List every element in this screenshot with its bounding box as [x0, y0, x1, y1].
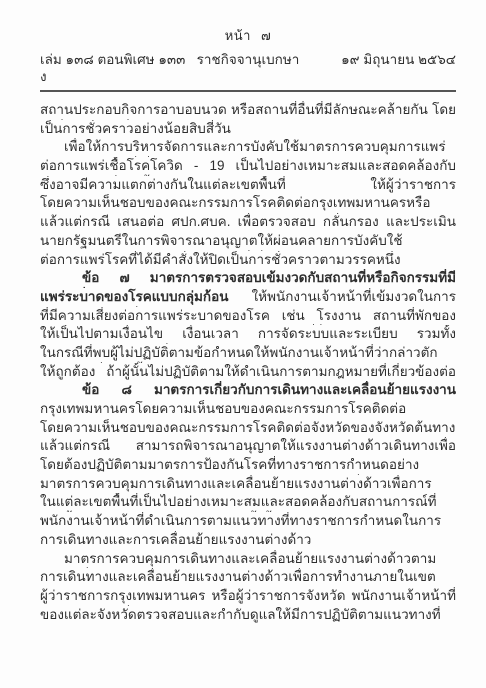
- document-line: ผู้ว่าราชการกรุงเทพมหานคร หรือผู้ว่าราชก…: [40, 587, 456, 606]
- page-number: ๗: [261, 28, 271, 43]
- line-text: ในกรณีที่พบผู้ไม่ปฏิบัติตามข้อกำหนดให้พน…: [40, 345, 438, 363]
- document-line: ต่อการแพร่เชื้อโรคโควิด - 19 เป็นไปอย่าง…: [40, 157, 456, 176]
- document-line: กรุงเทพมหานครโดยความเห็นชอบของคณะกรรมการ…: [40, 400, 456, 419]
- document-line: โดยความเห็นชอบของคณะกรรมการโรคติดต่อจังห…: [40, 419, 456, 438]
- line-bold-text: ข้อ ๘ มาตรการเกี่ยวกับการเดินทางและเคลื่…: [40, 382, 456, 400]
- line-bold-text: ข้อ ๗ มาตรการตรวจสอบเข้มงวดกับสถานที่หรื…: [40, 270, 456, 288]
- document-line: ที่มีความเสี่ยงต่อการแพร่ระบาดของโรค เช่…: [40, 307, 456, 326]
- line-text: ต่อการแพร่เชื้อโรคโควิด - 19 เป็นไปอย่าง…: [40, 158, 456, 176]
- line-text: แล้วแต่กรณี สามารถพิจารณาอนุญาตให้แรงงาน…: [40, 438, 456, 456]
- line-text: แล้วแต่กรณี เสนอต่อ ศปก.ศบค. เพื่อตรวจสอ…: [40, 214, 456, 232]
- line-text: มาตรการควบคุมการเดินทางและเคลื่อนย้ายแรง…: [40, 551, 456, 569]
- document-line: การเดินทางและเคลื่อนย้ายแรงงานต่างด้าวเพ…: [40, 568, 456, 587]
- document-line: ในกรณีที่พบผู้ไม่ปฏิบัติตามข้อกำหนดให้พน…: [40, 344, 456, 363]
- line-text: สถานประกอบกิจการอาบอบนวด หรือสถานที่อื่น…: [40, 102, 456, 120]
- document-line: แพร่ระบาดของโรคแบบกลุ่มก้อน ให้พนักงานเจ…: [40, 288, 456, 307]
- line-text: ที่มีความเสี่ยงต่อการแพร่ระบาดของโรค เช่…: [40, 308, 456, 326]
- page-number-line: หน้า๗: [40, 28, 456, 44]
- volume-info: เล่ม ๑๓๘ ตอนพิเศษ ๑๓๓ ง: [40, 51, 187, 85]
- line-text: การเดินทางและเคลื่อนย้ายแรงงานต่างด้าวเพ…: [40, 569, 456, 587]
- document-line: ข้อ ๗ มาตรการตรวจสอบเข้มงวดกับสถานที่หรื…: [40, 269, 456, 288]
- line-text: ของแต่ละจังหวัดตรวจสอบและกำกับดูแลให้มีก…: [40, 607, 441, 625]
- document-line: เพื่อให้การบริหารจัดการและการบังคับใช้มา…: [40, 138, 456, 157]
- line-text: เพื่อให้การบริหารจัดการและการบังคับใช้มา…: [40, 139, 446, 157]
- document-line: สถานประกอบกิจการอาบอบนวด หรือสถานที่อื่น…: [40, 101, 456, 120]
- document-line: เป็นการชั่วคราวอย่างน้อยสิบสี่วัน: [40, 120, 456, 139]
- line-text: พนักงานเจ้าหน้าที่ดำเนินการตามแนวทางที่ท…: [40, 513, 456, 531]
- document-line: พนักงานเจ้าหน้าที่ดำเนินการตามแนวทางที่ท…: [40, 512, 456, 531]
- masthead: เล่ม ๑๓๘ ตอนพิเศษ ๑๓๓ ง ราชกิจจานุเบกษา …: [40, 51, 456, 85]
- line-text: เป็นการชั่วคราวอย่างน้อยสิบสี่วัน: [40, 121, 231, 136]
- line-text: การเดินทางและการเคลื่อนย้ายแรงงานต่างด้า…: [40, 532, 311, 547]
- document-line: แล้วแต่กรณี สามารถพิจารณาอนุญาตให้แรงงาน…: [40, 437, 456, 456]
- line-text: ผู้ว่าราชการกรุงเทพมหานคร หรือผู้ว่าราชก…: [40, 588, 456, 606]
- line-text: มาตรการควบคุมการเดินทางและเคลื่อนย้ายแรง…: [40, 476, 432, 494]
- document-line: ต่อการแพร่โรคที่ได้มีคำสั่งให้ปิดเป็นการ…: [40, 251, 456, 270]
- document-line: มาตรการควบคุมการเดินทางและเคลื่อนย้ายแรง…: [40, 550, 456, 569]
- document-line: ของแต่ละจังหวัดตรวจสอบและกำกับดูแลให้มีก…: [40, 606, 456, 625]
- line-text: โดยต้องปฏิบัติตามมาตรการป้องกันโรคที่ทาง…: [40, 457, 456, 475]
- line-text: โดยความเห็นชอบของคณะกรรมการโรคติดต่อจังห…: [40, 420, 455, 438]
- line-text: กรุงเทพมหานครโดยความเห็นชอบของคณะกรรมการ…: [40, 401, 456, 419]
- line-text: ซึ่งอาจมีความแตกต่างกันในแต่ละเขตพื้นที่…: [40, 177, 456, 195]
- line-text: ให้เป็นไปตามเงื่อนไข เงื่อนเวลา การจัดระ…: [40, 326, 456, 344]
- publication-date: ๑๙ มิถุนายน ๒๕๖๔: [309, 51, 456, 68]
- line-text: ในแต่ละเขตพื้นที่เป็นไปอย่างเหมาะสมและสอ…: [40, 494, 456, 512]
- line-text: นายกรัฐมนตรีในการพิจารณาอนุญาตให้ผ่อนคลา…: [40, 233, 403, 251]
- line-text: โดยความเห็นชอบของคณะกรรมการโรคติดต่อกรุง…: [40, 195, 430, 213]
- page-word: หน้า: [225, 28, 251, 43]
- document-line: แล้วแต่กรณี เสนอต่อ ศปก.ศบค. เพื่อตรวจสอ…: [40, 213, 456, 232]
- line-text: ให้ถูกต้อง ถ้าผู้นั้นไม่ปฏิบัติตามให้ดำเ…: [40, 364, 456, 382]
- line-bold-text: แพร่ระบาดของโรคแบบกลุ่มก้อน: [40, 289, 228, 304]
- document-line: ในแต่ละเขตพื้นที่เป็นไปอย่างเหมาะสมและสอ…: [40, 493, 456, 512]
- document-line: โดยความเห็นชอบของคณะกรรมการโรคติดต่อกรุง…: [40, 194, 456, 213]
- document-line: โดยต้องปฏิบัติตามมาตรการป้องกันโรคที่ทาง…: [40, 456, 456, 475]
- document-line: ซึ่งอาจมีความแตกต่างกันในแต่ละเขตพื้นที่…: [40, 176, 456, 195]
- document-line: การเดินทางและการเคลื่อนย้ายแรงงานต่างด้า…: [40, 531, 456, 550]
- document-line: มาตรการควบคุมการเดินทางและเคลื่อนย้ายแรง…: [40, 475, 456, 494]
- gazette-page: หน้า๗ เล่ม ๑๓๘ ตอนพิเศษ ๑๓๓ ง ราชกิจจานุ…: [0, 0, 486, 688]
- header-divider: [40, 90, 456, 92]
- document-line: ให้เป็นไปตามเงื่อนไข เงื่อนเวลา การจัดระ…: [40, 325, 456, 344]
- document-body: สถานประกอบกิจการอาบอบนวด หรือสถานที่อื่น…: [40, 101, 456, 624]
- document-line: ข้อ ๘ มาตรการเกี่ยวกับการเดินทางและเคลื่…: [40, 381, 456, 400]
- document-line: นายกรัฐมนตรีในการพิจารณาอนุญาตให้ผ่อนคลา…: [40, 232, 456, 251]
- line-text: ต่อการแพร่โรคที่ได้มีคำสั่งให้ปิดเป็นการ…: [40, 252, 401, 267]
- document-line: ให้ถูกต้อง ถ้าผู้นั้นไม่ปฏิบัติตามให้ดำเ…: [40, 363, 456, 382]
- gazette-name: ราชกิจจานุเบกษา: [187, 51, 310, 68]
